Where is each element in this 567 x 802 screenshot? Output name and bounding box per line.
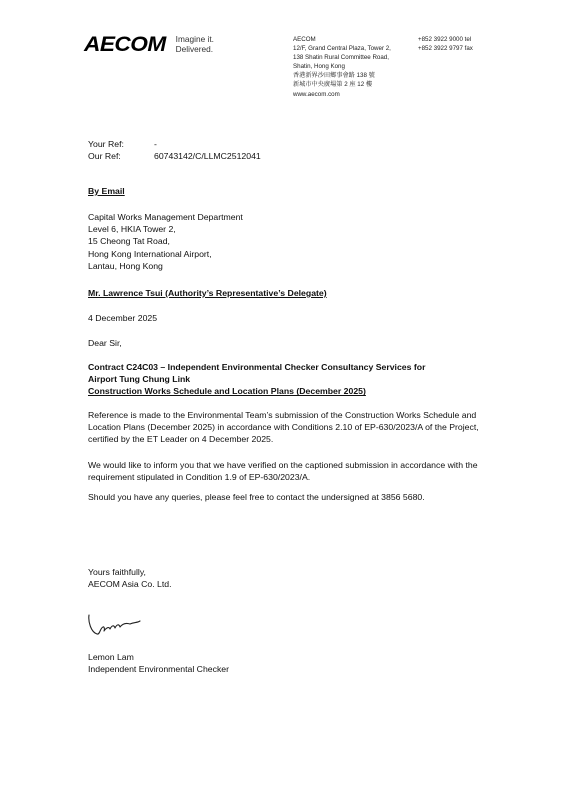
signatory-name: Lemon Lam <box>88 651 229 663</box>
paragraph: We would like to inform you that we have… <box>88 459 508 483</box>
signatory: Lemon Lam Independent Environmental Chec… <box>88 651 229 675</box>
subject-line: Contract C24C03 – Independent Environmen… <box>88 361 508 373</box>
company-contact: +852 3922 9000 tel +852 3922 9797 fax <box>418 35 473 53</box>
aecom-logo: AECOM Imagine it. Delivered. <box>84 34 214 55</box>
paragraph: Reference is made to the Environmental T… <box>88 409 508 446</box>
delivery-method: By Email <box>88 185 125 197</box>
recipient-line: 15 Cheong Tat Road, <box>88 235 243 247</box>
address-line: 香港新界沙田鄉事會路 138 號 <box>293 71 391 80</box>
address-line: 138 Shatin Rural Committee Road, <box>293 53 391 62</box>
company-address: AECOM 12/F, Grand Central Plaza, Tower 2… <box>293 35 391 99</box>
subject-line: Airport Tung Chung Link <box>88 373 508 385</box>
closing: Yours faithfully, AECOM Asia Co. Ltd. <box>88 566 172 590</box>
our-ref-row: Our Ref: 60743142/C/LLMC2512041 <box>88 150 261 162</box>
tagline-line: Delivered. <box>176 45 214 55</box>
ref-label: Your Ref: <box>88 138 154 150</box>
phone-number: +852 3922 9000 tel <box>418 35 473 44</box>
recipient-line: Lantau, Hong Kong <box>88 260 243 272</box>
paragraph: Should you have any queries, please feel… <box>88 491 508 503</box>
subject-line: Construction Works Schedule and Location… <box>88 385 508 397</box>
ref-label: Our Ref: <box>88 150 154 162</box>
address-line: 12/F, Grand Central Plaza, Tower 2, <box>293 44 391 53</box>
recipient-line: Hong Kong International Airport, <box>88 248 243 260</box>
logo-tagline: Imagine it. Delivered. <box>176 35 214 54</box>
signature-icon <box>86 612 146 638</box>
fax-number: +852 3922 9797 fax <box>418 44 473 53</box>
address-line: AECOM <box>293 35 391 44</box>
address-line: Shatin, Hong Kong <box>293 62 391 71</box>
company-name: AECOM Asia Co. Ltd. <box>88 578 172 590</box>
ref-value: - <box>154 138 157 150</box>
address-line: 新城市中央廣場第 2 座 12 樓 <box>293 80 391 89</box>
recipient-line: Level 6, HKIA Tower 2, <box>88 223 243 235</box>
letter-date: 4 December 2025 <box>88 312 157 324</box>
attention-line: Mr. Lawrence Tsui (Authority’s Represent… <box>88 287 327 299</box>
signature-image <box>86 612 146 643</box>
valediction: Yours faithfully, <box>88 566 172 578</box>
ref-value: 60743142/C/LLMC2512041 <box>154 150 261 162</box>
recipient-line: Capital Works Management Department <box>88 211 243 223</box>
logo-wordmark: AECOM <box>84 34 166 55</box>
recipient-address: Capital Works Management Department Leve… <box>88 211 243 272</box>
salutation: Dear Sir, <box>88 337 122 349</box>
subject: Contract C24C03 – Independent Environmen… <box>88 361 508 398</box>
references: Your Ref: - Our Ref: 60743142/C/LLMC2512… <box>88 138 261 162</box>
signatory-title: Independent Environmental Checker <box>88 663 229 675</box>
your-ref-row: Your Ref: - <box>88 138 261 150</box>
website-link[interactable]: www.aecom.com <box>293 90 391 99</box>
